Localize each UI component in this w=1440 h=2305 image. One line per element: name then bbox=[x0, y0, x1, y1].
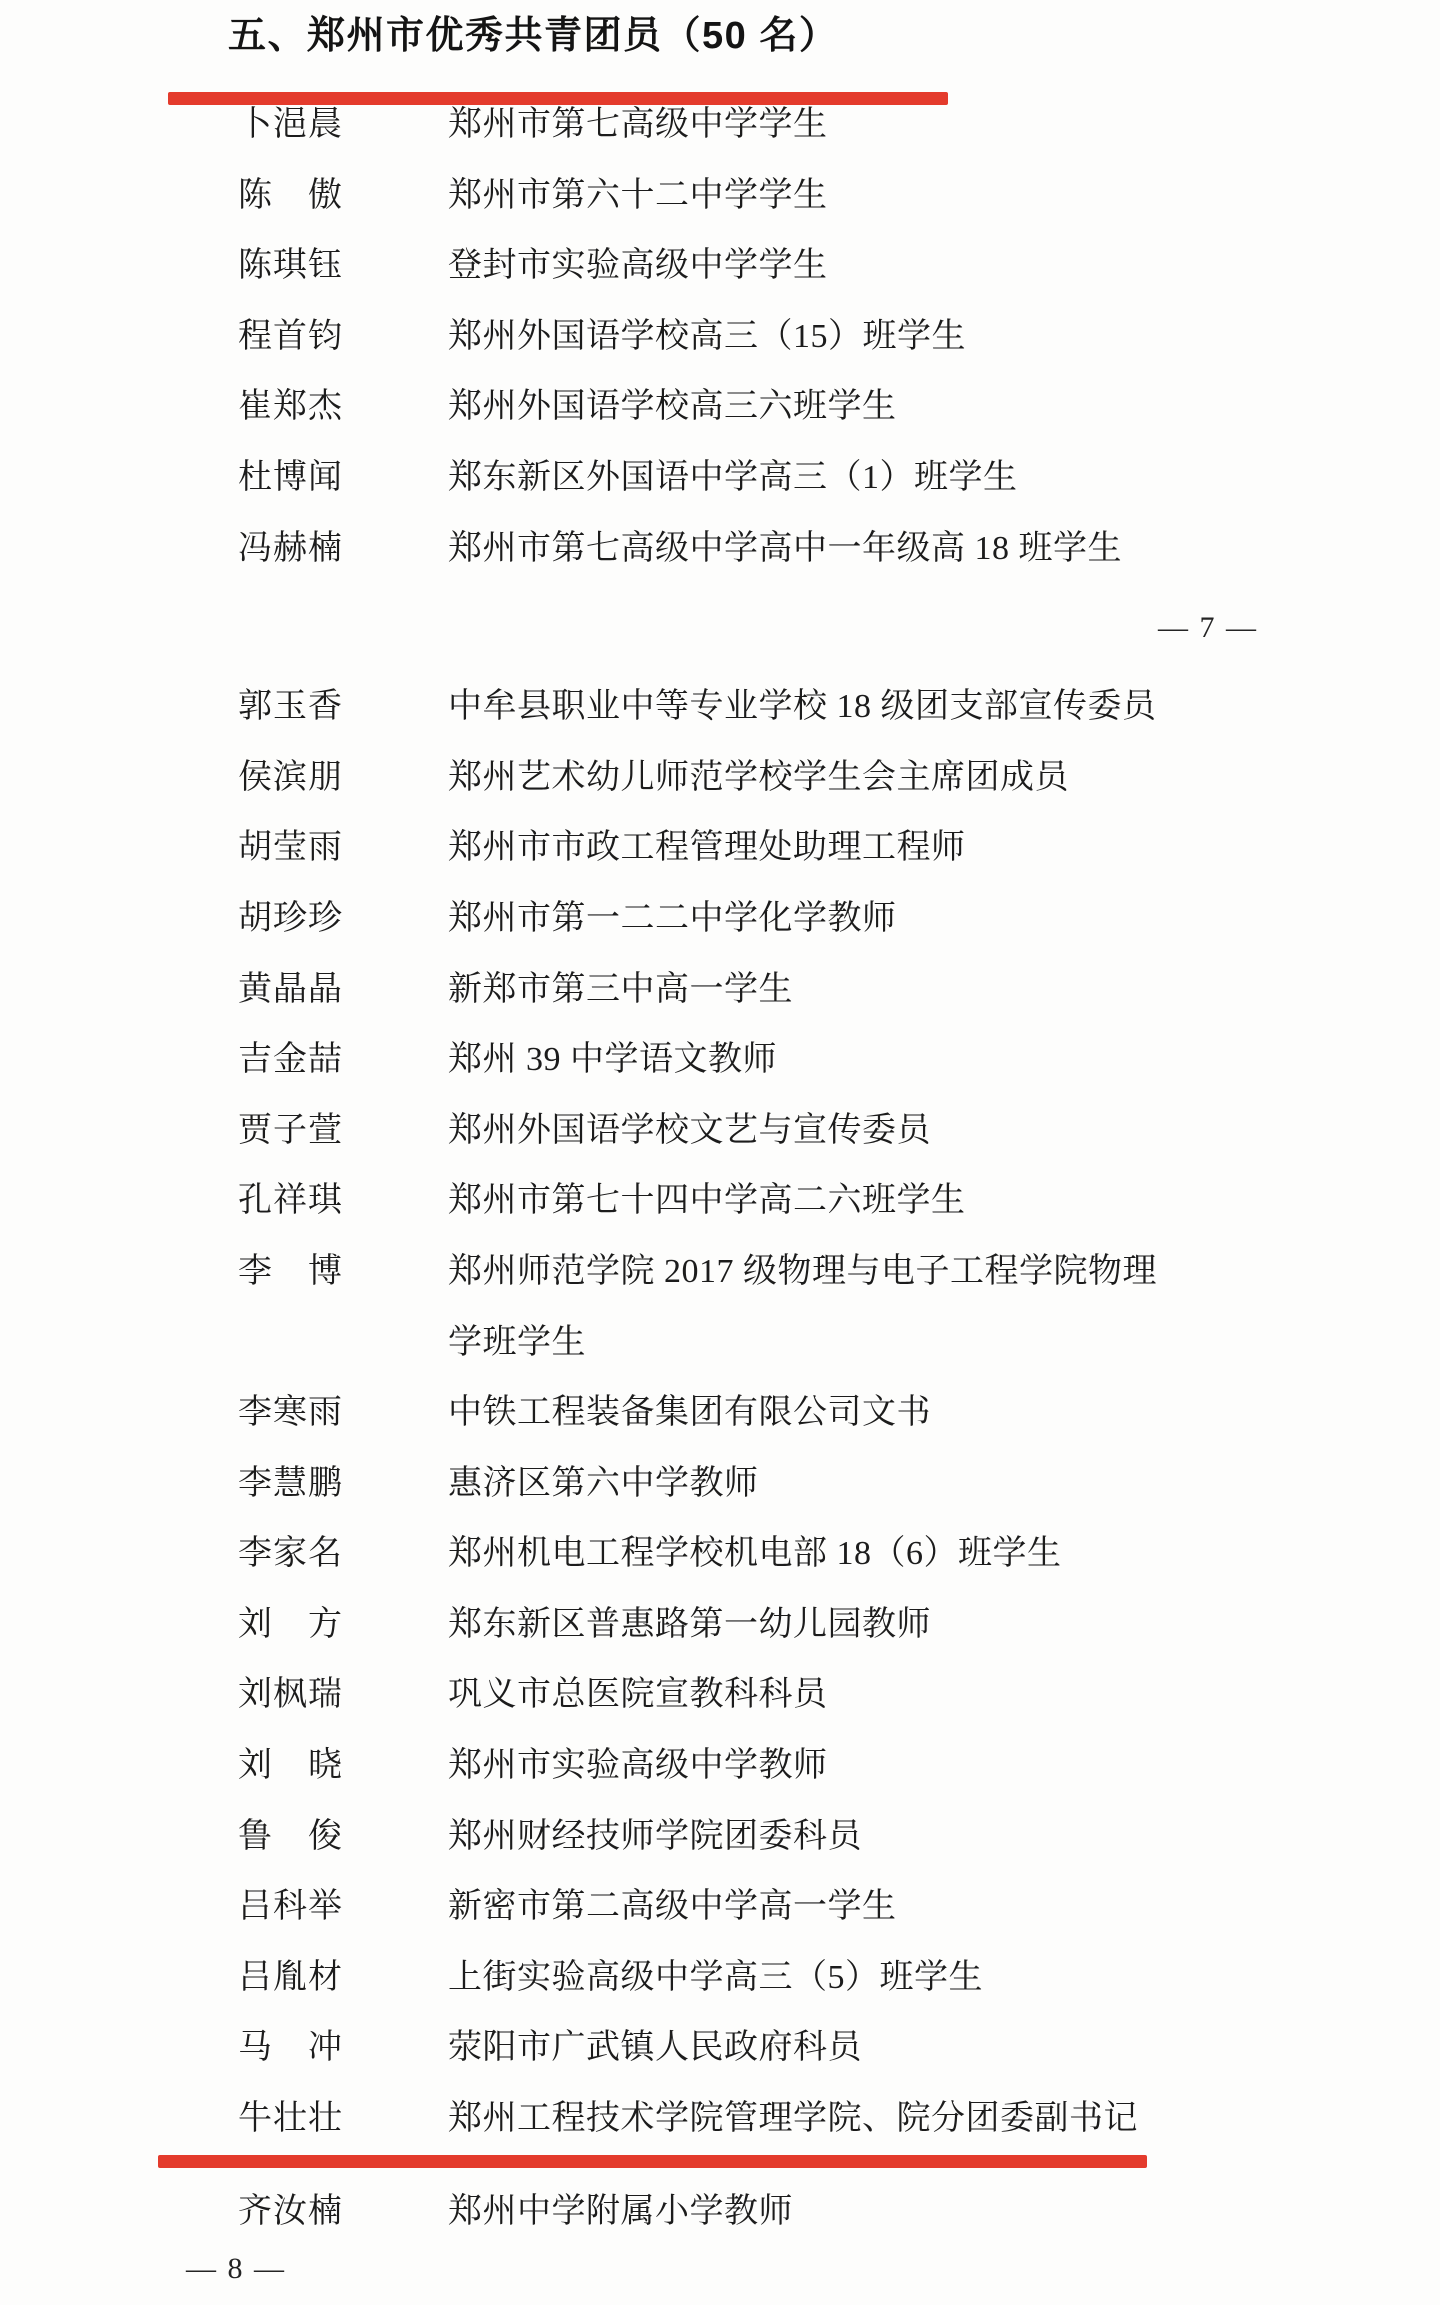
list-item: 程首钧郑州外国语学校高三（15）班学生 bbox=[0, 302, 1440, 373]
member-name: 李博 bbox=[238, 1237, 342, 1308]
list-item: 陈傲郑州市第六十二中学学生 bbox=[0, 161, 1440, 232]
member-role: 登封市实验高级中学学生 bbox=[448, 231, 828, 302]
member-role: 新密市第二高级中学高一学生 bbox=[448, 1872, 897, 1943]
member-role: 郑州工程技术学院管理学院、院分团委副书记 bbox=[448, 2084, 1138, 2155]
member-role: 郑州艺术幼儿师范学校学生会主席团成员 bbox=[448, 743, 1069, 814]
list-item: 侯滨朋郑州艺术幼儿师范学校学生会主席团成员 bbox=[0, 743, 1440, 814]
member-name: 吕科举 bbox=[238, 1872, 342, 1943]
member-name: 郭玉香 bbox=[238, 672, 342, 743]
member-role: 上街实验高级中学高三（5）班学生 bbox=[448, 1943, 983, 2014]
member-role: 新郑市第三中高一学生 bbox=[448, 955, 793, 1026]
member-name: 刘方 bbox=[238, 1590, 342, 1661]
member-role: 郑东新区普惠路第一幼儿园教师 bbox=[448, 1590, 931, 1661]
list-item: 李博郑州师范学院 2017 级物理与电子工程学院物理 学班学生 bbox=[0, 1237, 1440, 1378]
member-name: 程首钧 bbox=[238, 302, 342, 373]
award-list: 卜浥晨郑州市第七高级中学学生陈傲郑州市第六十二中学学生陈琪钰登封市实验高级中学学… bbox=[0, 90, 1440, 2291]
list-item: 郭玉香中牟县职业中等专业学校 18 级团支部宣传委员 bbox=[0, 672, 1440, 743]
member-name: 李寒雨 bbox=[238, 1378, 342, 1449]
member-role: 郑东新区外国语中学高三（1）班学生 bbox=[448, 443, 1018, 514]
member-name: 冯赫楠 bbox=[238, 514, 342, 585]
member-name: 黄晶晶 bbox=[238, 955, 342, 1026]
member-name: 李慧鹏 bbox=[238, 1449, 342, 1520]
member-role: 中牟县职业中等专业学校 18 级团支部宣传委员 bbox=[448, 672, 1157, 743]
list-item: 冯赫楠郑州市第七高级中学高中一年级高 18 班学生 bbox=[0, 514, 1440, 585]
member-role: 郑州市第七高级中学高中一年级高 18 班学生 bbox=[448, 514, 1122, 585]
list-item: 陈琪钰登封市实验高级中学学生 bbox=[0, 231, 1440, 302]
member-name: 牛壮壮 bbox=[238, 2084, 342, 2155]
member-name: 刘枫瑞 bbox=[238, 1660, 342, 1731]
member-name: 卜浥晨 bbox=[238, 90, 342, 161]
member-name: 侯滨朋 bbox=[238, 743, 342, 814]
list-item: 刘方郑东新区普惠路第一幼儿园教师 bbox=[0, 1590, 1440, 1661]
member-role: 郑州师范学院 2017 级物理与电子工程学院物理 学班学生 bbox=[448, 1237, 1157, 1378]
list-item: 黄晶晶新郑市第三中高一学生 bbox=[0, 955, 1440, 1026]
member-name: 陈傲 bbox=[238, 161, 342, 232]
member-name: 胡珍珍 bbox=[238, 884, 342, 955]
list-item: 杜博闻郑东新区外国语中学高三（1）班学生 bbox=[0, 443, 1440, 514]
list-item: 鲁俊郑州财经技师学院团委科员 bbox=[0, 1802, 1440, 1873]
section-rule-row bbox=[0, 2155, 1440, 2177]
list-item: 马冲荥阳市广武镇人民政府科员 bbox=[0, 2013, 1440, 2084]
list-item: 崔郑杰郑州外国语学校高三六班学生 bbox=[0, 372, 1440, 443]
member-name: 齐汝楠 bbox=[238, 2177, 342, 2248]
member-role: 郑州财经技师学院团委科员 bbox=[448, 1802, 862, 1873]
list-item: 胡莹雨郑州市市政工程管理处助理工程师 bbox=[0, 813, 1440, 884]
member-role: 巩义市总医院宣教科科员 bbox=[448, 1660, 828, 1731]
list-item: 齐汝楠郑州中学附属小学教师 bbox=[0, 2177, 1440, 2248]
member-name: 孔祥琪 bbox=[238, 1166, 342, 1237]
member-name: 刘晓 bbox=[238, 1731, 342, 1802]
member-name: 陈琪钰 bbox=[238, 231, 342, 302]
member-name: 李家名 bbox=[238, 1519, 342, 1590]
member-role: 郑州外国语学校高三六班学生 bbox=[448, 372, 897, 443]
list-item: 刘晓郑州市实验高级中学教师 bbox=[0, 1731, 1440, 1802]
list-item: 吕胤材上街实验高级中学高三（5）班学生 bbox=[0, 1943, 1440, 2014]
member-name: 贾子萱 bbox=[238, 1096, 342, 1167]
member-role: 郑州机电工程学校机电部 18（6）班学生 bbox=[448, 1519, 1062, 1590]
list-item: 胡珍珍郑州市第一二二中学化学教师 bbox=[0, 884, 1440, 955]
list-item: 孔祥琪郑州市第七十四中学高二六班学生 bbox=[0, 1166, 1440, 1237]
member-role: 惠济区第六中学教师 bbox=[448, 1449, 759, 1520]
member-role: 郑州市第七十四中学高二六班学生 bbox=[448, 1166, 966, 1237]
member-role: 郑州 39 中学语文教师 bbox=[448, 1025, 777, 1096]
member-name: 鲁俊 bbox=[238, 1802, 342, 1873]
member-name: 胡莹雨 bbox=[238, 813, 342, 884]
list-item: 李家名郑州机电工程学校机电部 18（6）班学生 bbox=[0, 1519, 1440, 1590]
page-number-marker: — 8 — bbox=[0, 2247, 1440, 2291]
list-item: 李寒雨中铁工程装备集团有限公司文书 bbox=[0, 1378, 1440, 1449]
member-role: 郑州中学附属小学教师 bbox=[448, 2177, 793, 2248]
member-name: 吉金喆 bbox=[238, 1025, 342, 1096]
member-name: 吕胤材 bbox=[238, 1943, 342, 2014]
list-item: 李慧鹏惠济区第六中学教师 bbox=[0, 1449, 1440, 1520]
list-item: 卜浥晨郑州市第七高级中学学生 bbox=[0, 90, 1440, 161]
member-role: 荥阳市广武镇人民政府科员 bbox=[448, 2013, 862, 2084]
member-role: 郑州市市政工程管理处助理工程师 bbox=[448, 813, 966, 884]
member-role: 郑州市实验高级中学教师 bbox=[448, 1731, 828, 1802]
list-item: 刘枫瑞巩义市总医院宣教科科员 bbox=[0, 1660, 1440, 1731]
member-role: 郑州市第一二二中学化学教师 bbox=[448, 884, 897, 955]
member-role: 郑州市第六十二中学学生 bbox=[448, 161, 828, 232]
member-role: 郑州外国语学校文艺与宣传委员 bbox=[448, 1096, 931, 1167]
member-role: 郑州市第七高级中学学生 bbox=[448, 90, 828, 161]
member-name: 杜博闻 bbox=[238, 443, 342, 514]
member-name: 崔郑杰 bbox=[238, 372, 342, 443]
red-underline bbox=[158, 2155, 1147, 2168]
list-item: 牛壮壮郑州工程技术学院管理学院、院分团委副书记 bbox=[0, 2084, 1440, 2155]
page-number-marker: — 7 — bbox=[0, 584, 1440, 672]
section-title: 五、郑州市优秀共青团员（50 名） bbox=[228, 12, 838, 60]
list-item: 贾子萱郑州外国语学校文艺与宣传委员 bbox=[0, 1096, 1440, 1167]
document-page: 五、郑州市优秀共青团员（50 名） 卜浥晨郑州市第七高级中学学生陈傲郑州市第六十… bbox=[0, 0, 1440, 2305]
member-role: 中铁工程装备集团有限公司文书 bbox=[448, 1378, 931, 1449]
list-item: 吉金喆郑州 39 中学语文教师 bbox=[0, 1025, 1440, 1096]
list-item: 吕科举新密市第二高级中学高一学生 bbox=[0, 1872, 1440, 1943]
member-role: 郑州外国语学校高三（15）班学生 bbox=[448, 302, 966, 373]
member-name: 马冲 bbox=[238, 2013, 342, 2084]
